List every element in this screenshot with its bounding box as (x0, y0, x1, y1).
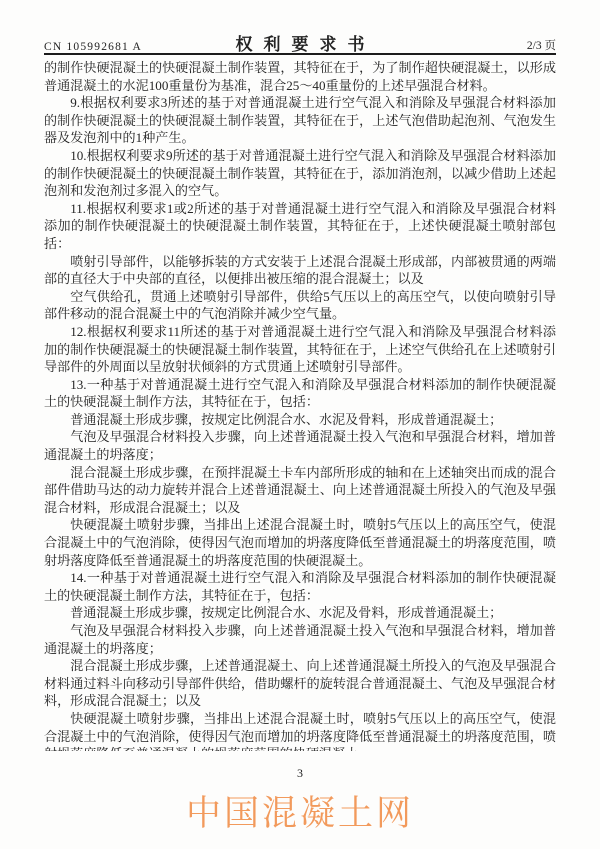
claim-paragraph: 气泡及早强混合材料投入步骤，向上述普通混凝土投入气泡和早强混合材料，增加普通混凝… (44, 622, 556, 657)
claim-paragraph: 13.一种基于对普通混凝土进行空气混入和消除及早强混合材料添加的制作快硬混凝土的… (44, 376, 556, 411)
patent-claims-page: CN 105992681 A 权利要求书 2/3 页 的制作快硬混凝土的快硬混凝… (0, 0, 600, 849)
claims-body: 的制作快硬混凝土的快硬混凝土制作装置，其特征在于，为了制作超快硬混凝土，以形成普… (44, 59, 556, 751)
claim-paragraph: 空气供给孔，贯通上述喷射引导部件，供给5气压以上的高压空气，以使向喷射引导部件移… (44, 288, 556, 323)
page-number: 3 (0, 766, 600, 781)
claim-paragraph: 11.根据权利要求1或2所述的基于对普通混凝土进行空气混入和消除及早强混合材料添… (44, 200, 556, 253)
claim-paragraph: 混合混凝土形成步骤，在预拌混凝土卡车内部所形成的轴和在上述轴突出而成的混合部件借… (44, 464, 556, 517)
claim-paragraph: 气泡及早强混合材料投入步骤，向上述普通混凝土投入气泡和早强混合材料，增加普通混凝… (44, 428, 556, 463)
header-divider (44, 53, 556, 55)
claim-paragraph: 喷射引导部件，以能够拆装的方式安装于上述混合混凝土形成部，内部被贯通的两端部的直… (44, 253, 556, 288)
watermark: 中国混凝土网 (0, 786, 600, 836)
claim-paragraph: 普通混凝土形成步骤，按规定比例混合水、水泥及骨料，形成普通混凝土； (44, 604, 556, 622)
claim-paragraph: 12.根据权利要求11所述的基于对普通混凝土进行空气混入和消除及早强混合材料添加… (44, 323, 556, 376)
claim-paragraph: 快硬混凝土喷射步骤，当排出上述混合混凝土时，喷射5气压以上的高压空气，使混合混凝… (44, 516, 556, 569)
claim-paragraph: 快硬混凝土喷射步骤，当排出上述混合混凝土时，喷射5气压以上的高压空气，使混合混凝… (44, 710, 556, 751)
claim-paragraph: 9.根据权利要求3所述的基于对普通混凝土进行空气混入和消除及早强混合材料添加的制… (44, 94, 556, 147)
claim-paragraph: 10.根据权利要求9所述的基于对普通混凝土进行空气混入和消除及早强混合材料添加的… (44, 147, 556, 200)
claim-paragraph: 的制作快硬混凝土的快硬混凝土制作装置，其特征在于，为了制作超快硬混凝土，以形成普… (44, 59, 556, 94)
claim-paragraph: 混合混凝土形成步骤，上述普通混凝土、向上述普通混凝土所投入的气泡及早强混合材料通… (44, 657, 556, 710)
claim-paragraph: 14.一种基于对普通混凝土进行空气混入和消除及早强混合材料添加的制作快硬混凝土的… (44, 569, 556, 604)
page-header: CN 105992681 A 权利要求书 2/3 页 (44, 30, 556, 55)
claim-paragraph: 普通混凝土形成步骤，按规定比例混合水、水泥及骨料，形成普通混凝土； (44, 411, 556, 429)
page-title: 权利要求书 (225, 30, 376, 55)
